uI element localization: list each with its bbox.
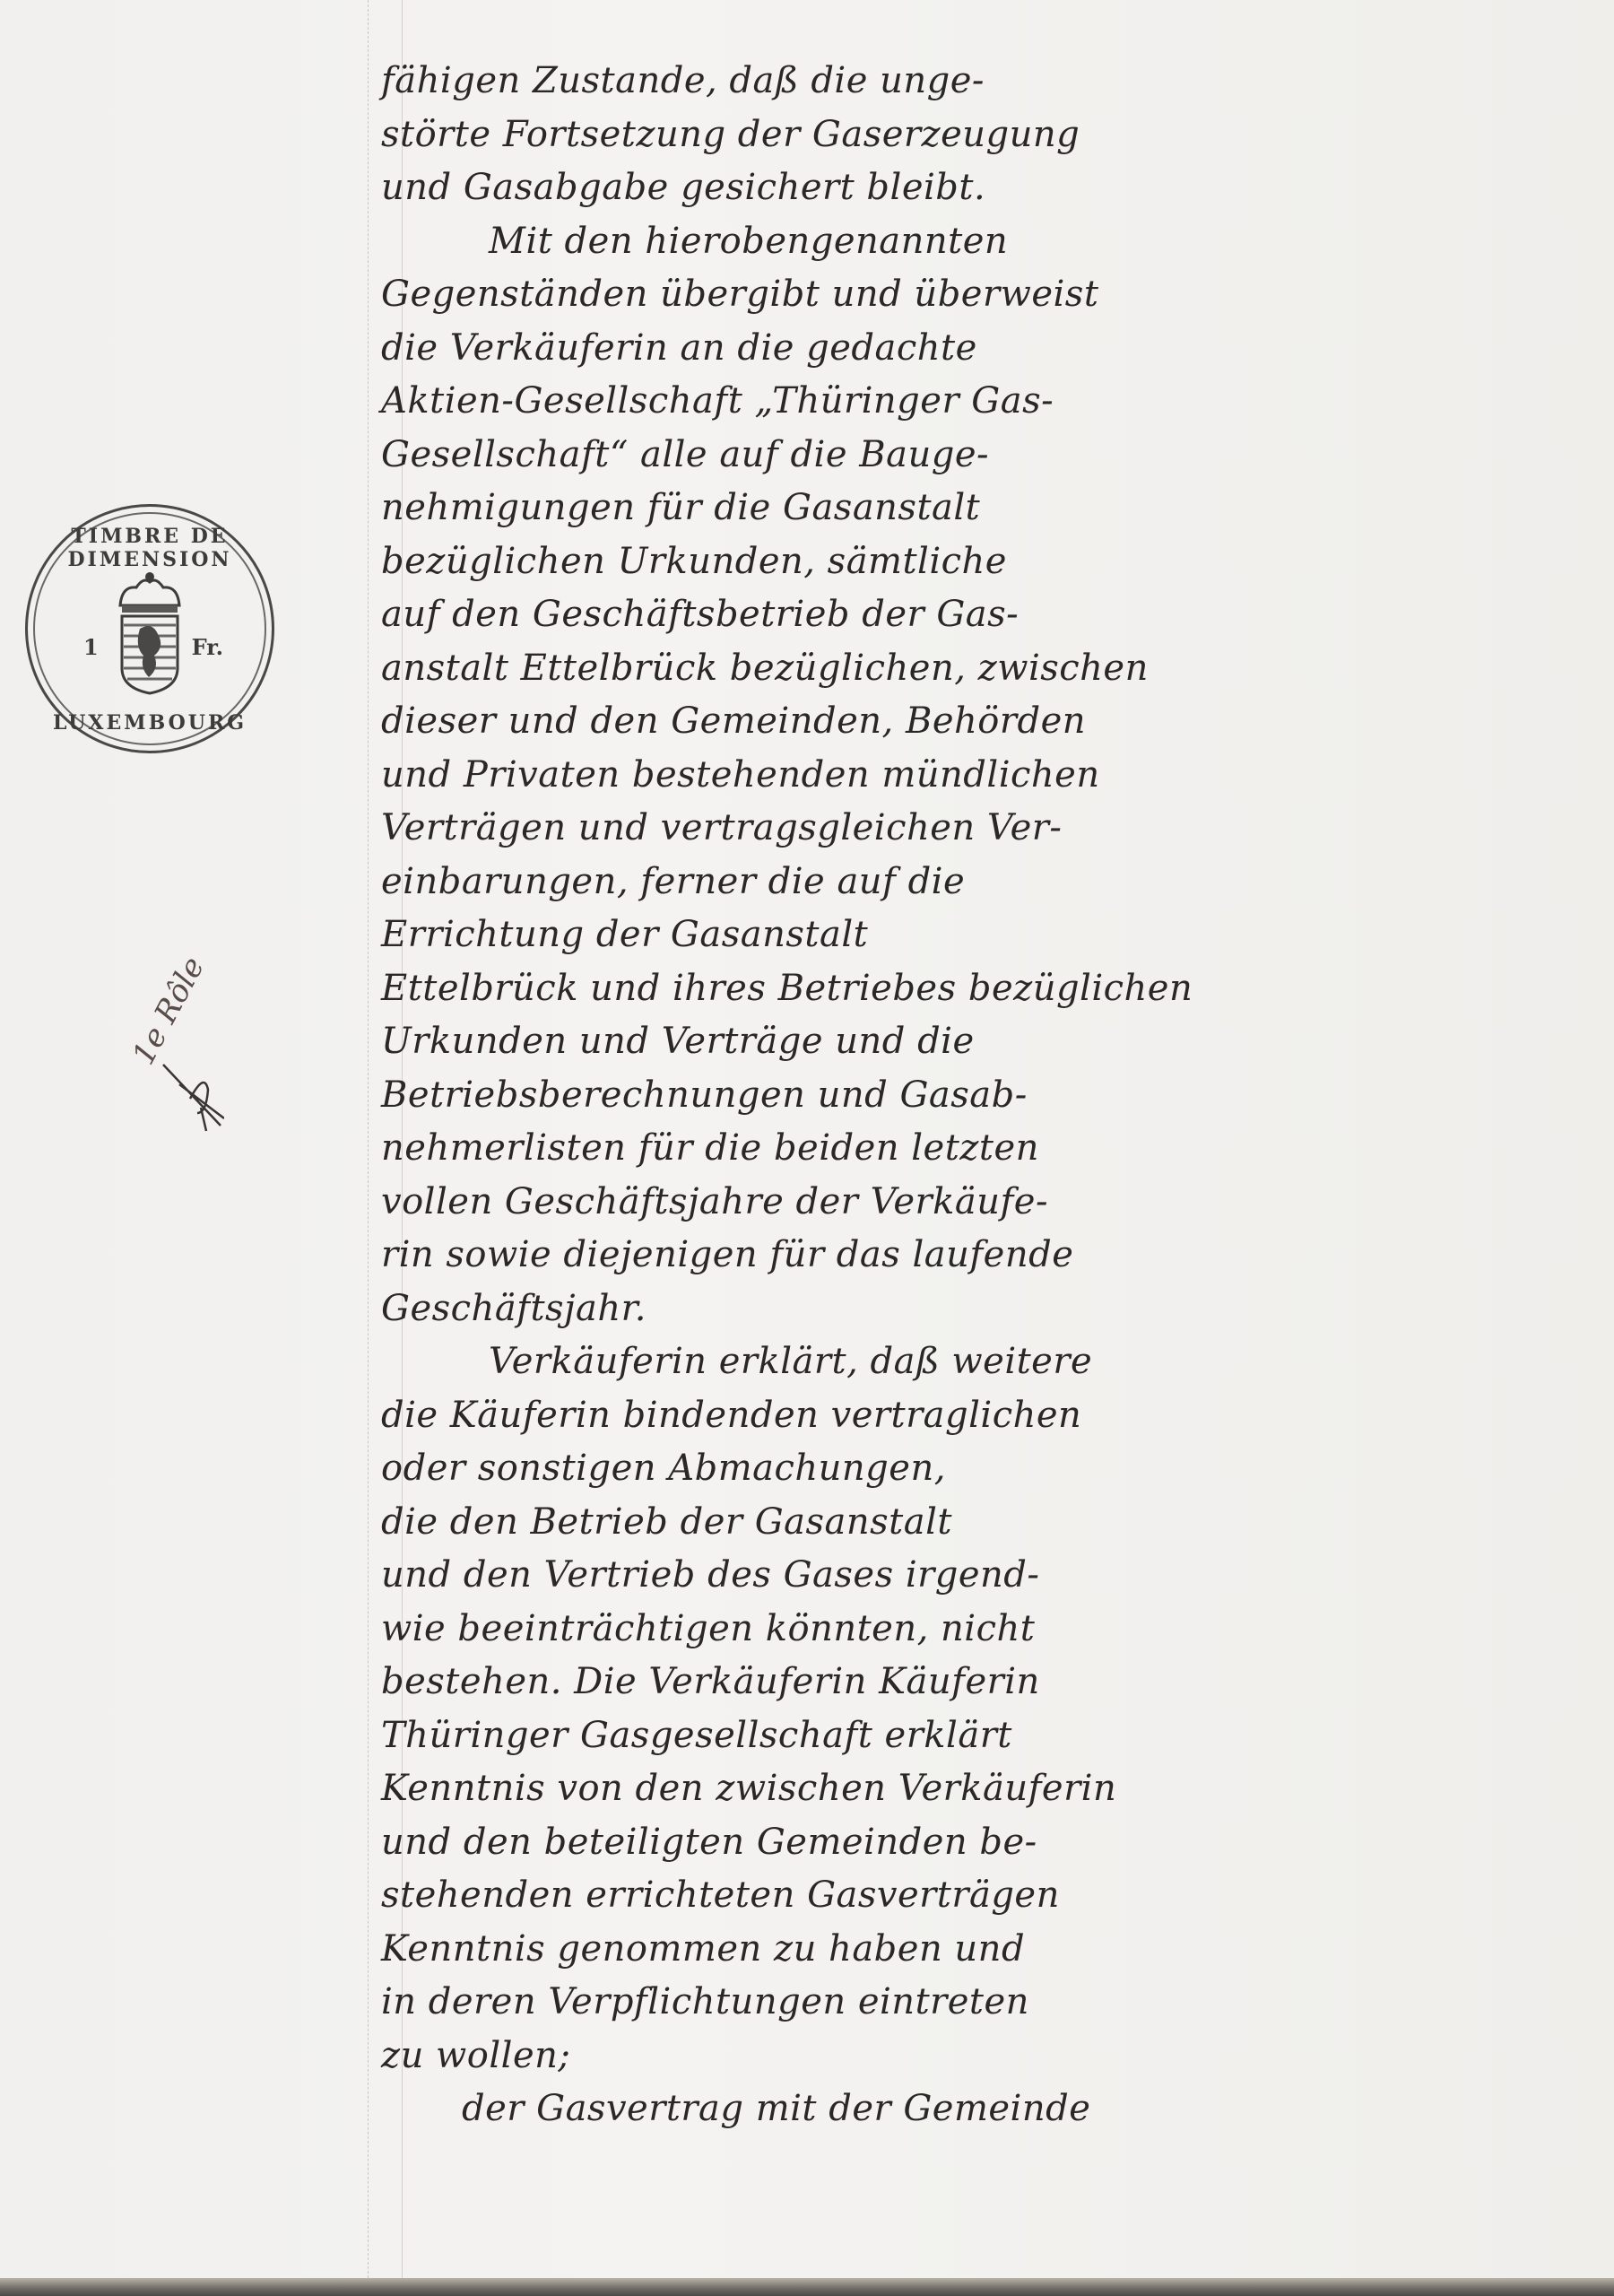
- margin-rule-outer: [368, 0, 369, 2278]
- stamp-value-unit: Fr.: [192, 634, 223, 660]
- text-line: Kenntnis genommen zu haben und: [381, 1924, 1601, 1978]
- text-line: und Privaten bestehenden mündlichen: [381, 750, 1601, 804]
- text-line: Errichtung der Gasanstalt: [381, 909, 1601, 963]
- text-line: wie beeinträchtigen könnten, nicht: [381, 1604, 1601, 1657]
- text-line: rin sowie diejenigen für das laufende: [381, 1230, 1601, 1283]
- stamp-bottom-text: LUXEMBOURG: [28, 711, 272, 735]
- initials-mark-icon: [161, 1063, 224, 1135]
- coat-of-arms-crown-icon: [113, 570, 187, 695]
- text-line: Thüringer Gasgesellschaft erklärt: [381, 1710, 1601, 1764]
- text-line: störte Fortsetzung der Gaserzeugung: [381, 109, 1601, 163]
- text-line: einbarungen, ferner die auf die: [381, 857, 1601, 910]
- text-line: auf den Geschäftsbetrieb der Gas-: [381, 589, 1601, 643]
- text-line: Ettelbrück und ihres Betriebes bezüglich…: [381, 963, 1601, 1017]
- text-line: die Verkäuferin an die gedachte: [381, 323, 1601, 377]
- text-line: Betriebsberechnungen und Gasab-: [381, 1070, 1601, 1124]
- text-line: die Käuferin bindenden vertraglichen: [381, 1390, 1601, 1444]
- text-line: nehmigungen für die Gasanstalt: [381, 483, 1601, 536]
- text-line: Gegenständen übergibt und überweist: [381, 269, 1601, 323]
- text-line: bezüglichen Urkunden, sämtliche: [381, 536, 1601, 590]
- text-line: Verkäuferin erklärt, daß weitere: [381, 1336, 1601, 1390]
- text-line: und den Vertrieb des Gases irgend-: [381, 1550, 1601, 1604]
- text-line: in deren Verpflichtungen eintreten: [381, 1977, 1601, 2031]
- page-bottom-shadow: [0, 2278, 1614, 2296]
- text-line: nehmerlisten für die beiden letzten: [381, 1123, 1601, 1177]
- text-line: oder sonstigen Abmachungen,: [381, 1443, 1601, 1497]
- text-line: anstalt Ettelbrück bezüglichen, zwischen: [381, 643, 1601, 697]
- stamp-value-number: 1: [83, 634, 99, 660]
- text-line: Urkunden und Verträge und die: [381, 1016, 1601, 1070]
- text-line: stehenden errichteten Gasverträgen: [381, 1870, 1601, 1924]
- text-line: und den beteiligten Gemeinden be-: [381, 1817, 1601, 1871]
- text-line: Aktien-Gesellschaft „Thüringer Gas-: [381, 376, 1601, 430]
- text-line: bestehen. Die Verkäuferin Käuferin: [381, 1657, 1601, 1710]
- text-line: vollen Geschäftsjahre der Verkäufe-: [381, 1177, 1601, 1231]
- margin-note: 1e Rôle: [126, 952, 212, 1071]
- text-line: Mit den hierobengenannten: [381, 216, 1601, 270]
- text-line: Geschäftsjahr.: [381, 1283, 1601, 1337]
- text-line: der Gasvertrag mit der Gemeinde: [381, 2083, 1601, 2137]
- stamp-top-text: TIMBRE DE DIMENSION: [28, 525, 272, 571]
- text-line: und Gasabgabe gesichert bleibt.: [381, 162, 1601, 216]
- handwritten-body: fähigen Zustande, daß die unge- störte F…: [381, 56, 1601, 2137]
- manuscript-page: TIMBRE DE DIMENSION 1 Fr. LUXEMBOURG 1e …: [0, 0, 1614, 2278]
- text-line: Verträgen und vertragsgleichen Ver-: [381, 803, 1601, 857]
- text-line: die den Betrieb der Gasanstalt: [381, 1497, 1601, 1551]
- text-line: Kenntnis von den zwischen Verkäuferin: [381, 1763, 1601, 1817]
- text-line: Gesellschaft“ alle auf die Bauge-: [381, 430, 1601, 483]
- text-line: zu wollen;: [381, 2031, 1601, 2084]
- text-line: fähigen Zustande, daß die unge-: [381, 56, 1601, 109]
- revenue-stamp: TIMBRE DE DIMENSION 1 Fr. LUXEMBOURG: [25, 504, 274, 753]
- text-line: dieser und den Gemeinden, Behörden: [381, 696, 1601, 750]
